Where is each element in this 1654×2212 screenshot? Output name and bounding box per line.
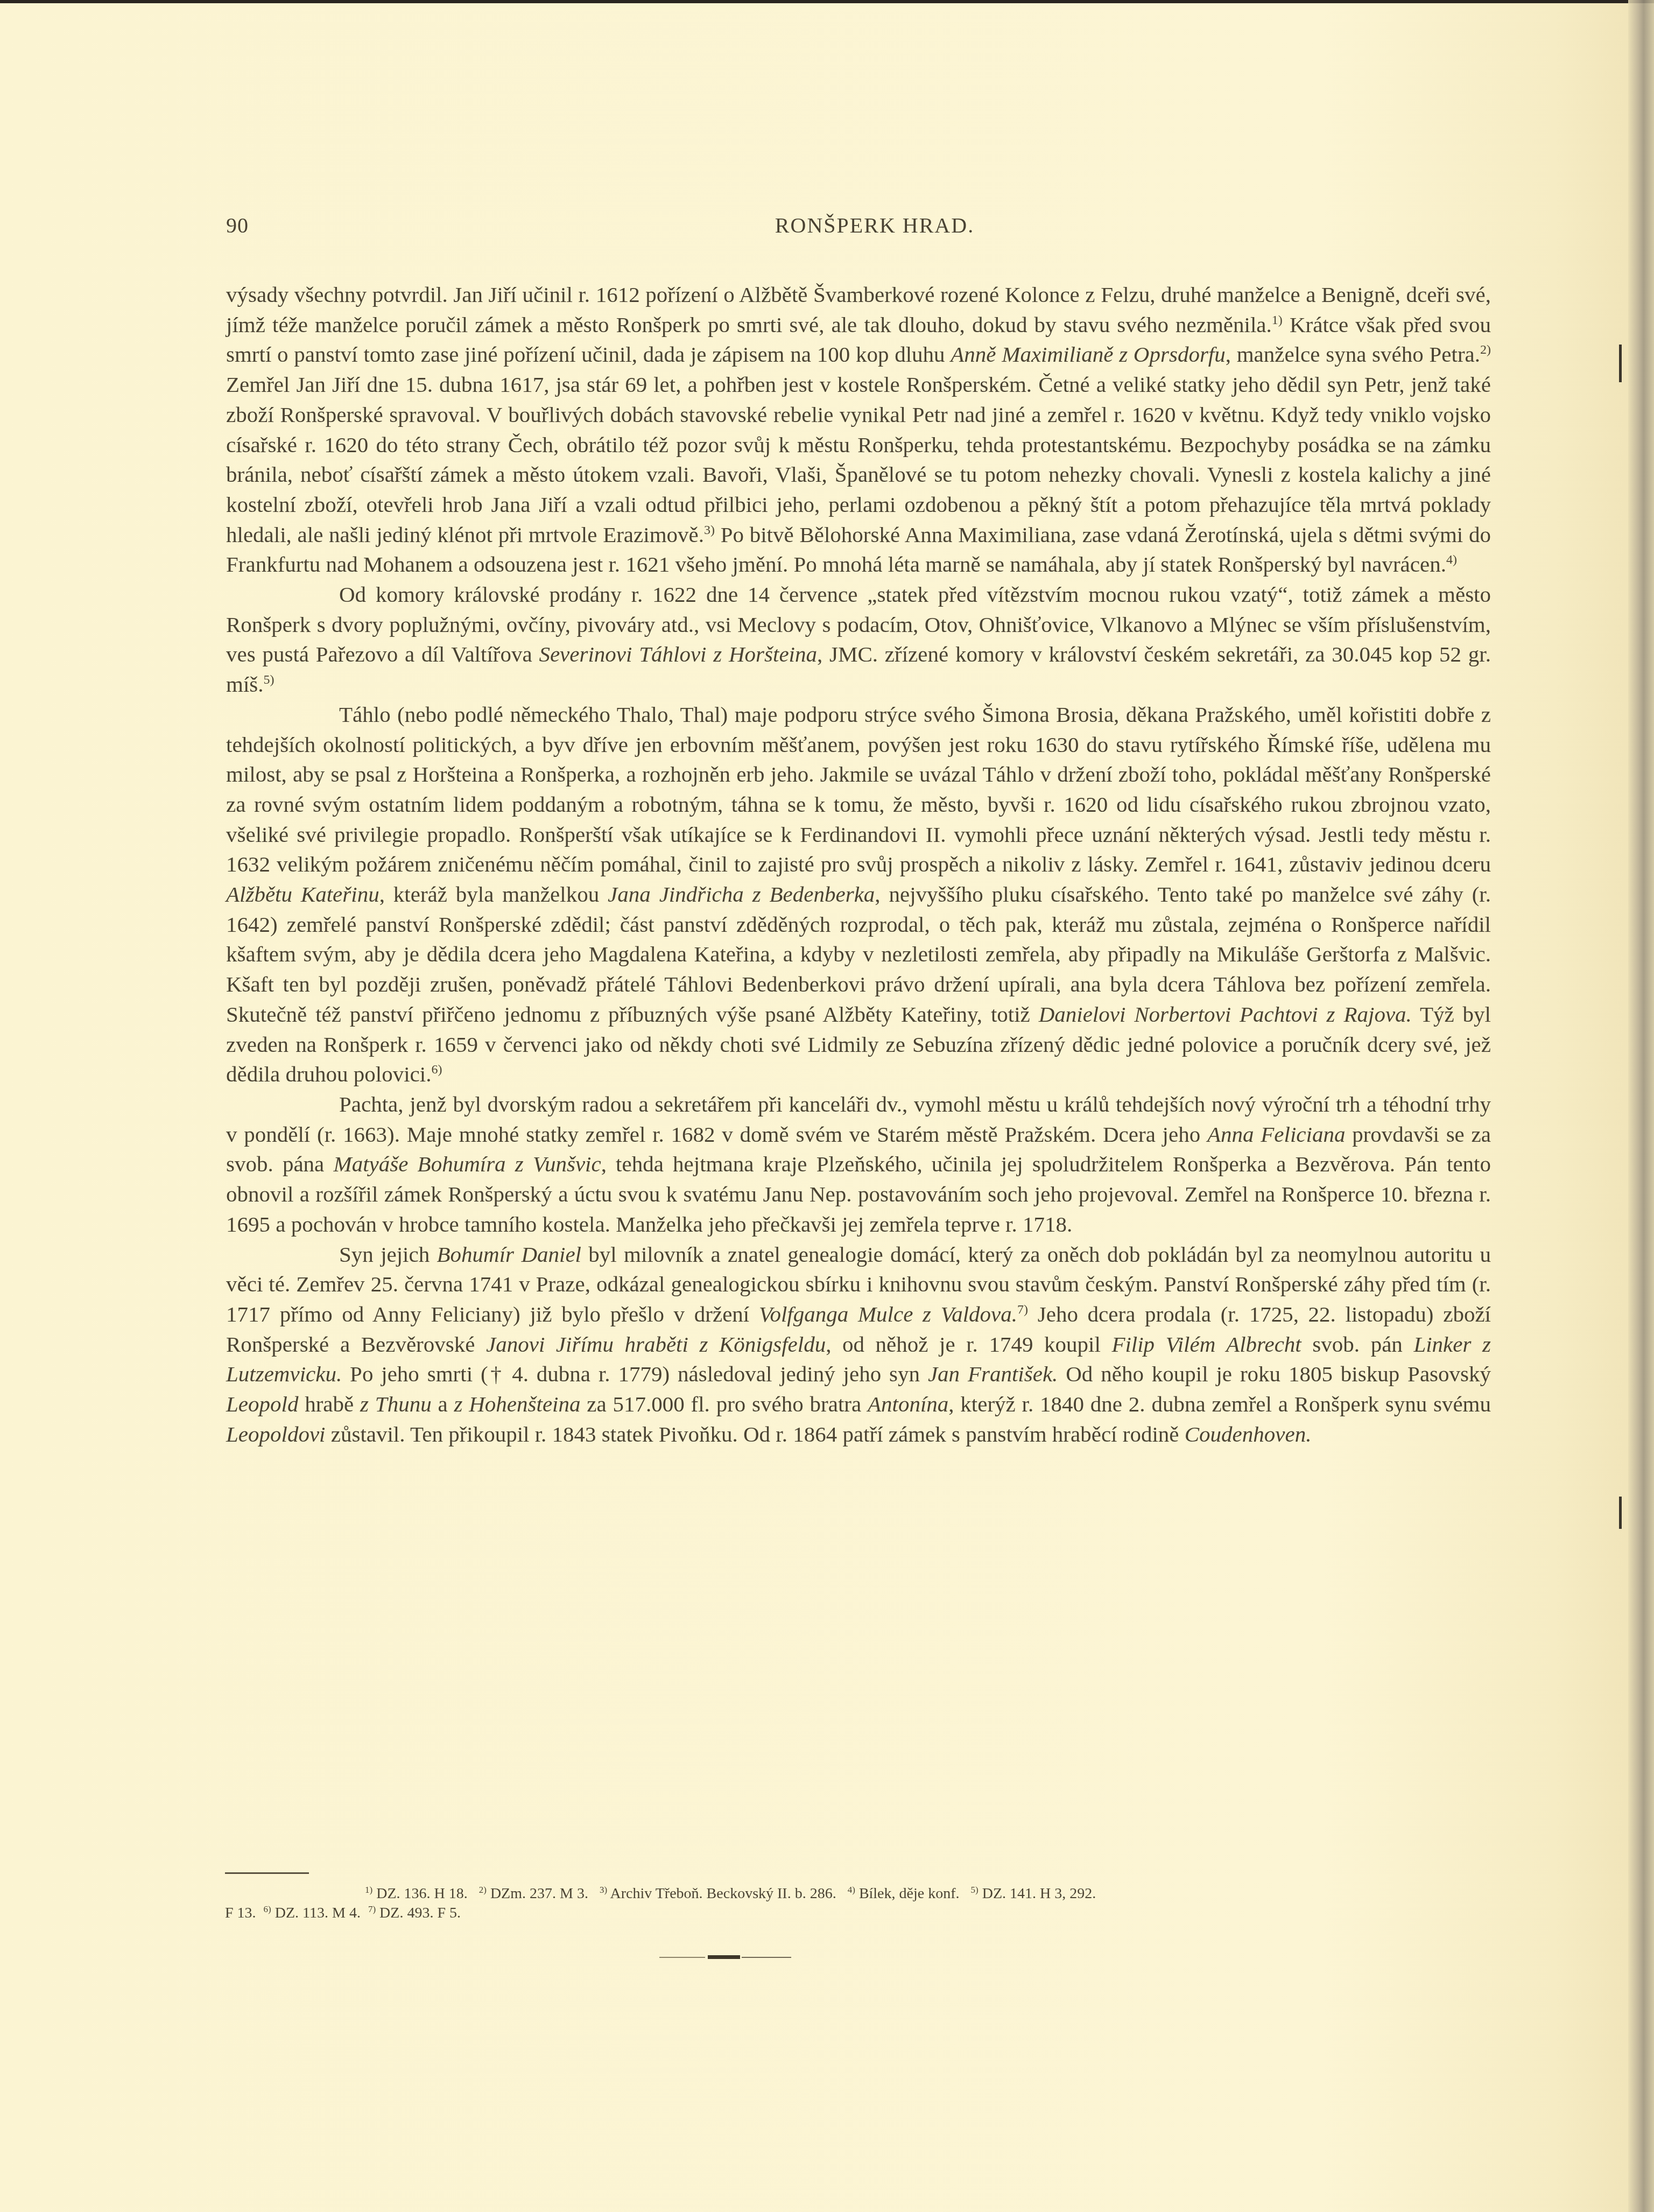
footnote-line: 1) DZ. 136. H 18. 2) DZm. 237. M 3. 3) A…: [225, 1884, 1490, 1904]
text-run: Od něho koupil je roku 1805 biskup Pasov…: [1058, 1361, 1491, 1386]
text-run: Zemřel Jan Jiří dne 15. dubna 1617, jsa …: [226, 372, 1491, 547]
text-run: zůstavil. Ten přikoupil r. 1843 statek P…: [325, 1422, 1184, 1446]
italic-name: Leopold: [226, 1392, 298, 1416]
text-run: a: [432, 1392, 454, 1416]
footnote-rule: [225, 1872, 309, 1874]
italic-name: Filip Vilém Albrecht: [1111, 1332, 1301, 1357]
footnote-ref: 4): [1446, 553, 1457, 567]
footnote-text: DZ. 493. F 5.: [376, 1905, 461, 1921]
footnote-text: DZ. 141. H 3, 292.: [979, 1885, 1096, 1902]
footnote-mark: 6): [264, 1904, 271, 1914]
italic-name: Volfganga Mulce z Valdova.: [759, 1302, 1017, 1326]
text-run: , kteráž byla manželkou: [379, 882, 608, 907]
footnote-mark: 2): [479, 1885, 487, 1895]
italic-name: z Thunu: [360, 1392, 432, 1416]
footnote-mark: 5): [971, 1885, 979, 1895]
paragraph: Syn jejich Bohumír Daniel byl milovník a…: [226, 1240, 1491, 1450]
italic-name: z Hohenšteina: [454, 1392, 580, 1416]
page-binding-edge: [1628, 0, 1654, 2212]
text-run: hrabě: [298, 1392, 360, 1416]
italic-name: Alžbětu Kateřinu: [226, 882, 379, 907]
binding-mark: [1619, 1497, 1622, 1529]
end-ornament-rule: [659, 1955, 791, 1960]
italic-name: Jana Jindřicha z Bedenberka: [608, 882, 875, 907]
paragraph: Pachta, jenž byl dvorským radou a sekret…: [226, 1090, 1491, 1240]
italic-name: Leopoldovi: [226, 1422, 325, 1446]
text-run: Táhlo (nebo podlé německého Thalo, Thal)…: [226, 702, 1491, 877]
footnote-mark: 7): [368, 1904, 376, 1914]
text-run: Po jeho smrti († 4. dubna r. 1779) násle…: [342, 1361, 928, 1386]
footnote-ref: 6): [431, 1063, 442, 1077]
body-text: výsady všechny potvrdil. Jan Jiří učinil…: [226, 280, 1491, 1449]
italic-name: Coudenhoven.: [1185, 1422, 1312, 1446]
italic-name: Danielovi Norbertovi Pachtovi z Rajova.: [1039, 1002, 1412, 1027]
footnote-text: DZ. 136. H 18.: [372, 1885, 479, 1902]
scanned-book-page: 90 RONŠPERK HRAD. výsady všechny potvrdi…: [0, 0, 1654, 2212]
paragraph: Táhlo (nebo podlé německého Thalo, Thal)…: [226, 700, 1491, 1090]
footnote-mark: 1): [365, 1885, 372, 1895]
text-run: svob. pán: [1301, 1332, 1414, 1357]
text-run: , kterýž r. 1840 dne 2. dubna zemřel a R…: [948, 1392, 1491, 1416]
text-run: Syn jejich: [339, 1242, 437, 1267]
footnote-mark: 4): [848, 1885, 855, 1895]
footnote-ref: 5): [264, 673, 275, 687]
footnote-text: Bílek, děje konf.: [855, 1885, 971, 1902]
italic-name: Janovi Jiřímu hraběti z Königsfeldu: [486, 1332, 826, 1357]
footnote-mark: 3): [600, 1885, 607, 1895]
text-run: , od něhož je r. 1749 koupil: [826, 1332, 1111, 1357]
footnote-ref: 7): [1017, 1303, 1028, 1317]
footnote-text: DZm. 237. M 3.: [487, 1885, 600, 1902]
italic-name: Bohumír Daniel: [437, 1242, 581, 1267]
footnote-text: Archiv Třeboň. Beckovský II. b. 286.: [607, 1885, 848, 1902]
running-title: RONŠPERK HRAD.: [226, 213, 1491, 238]
binding-mark: [1619, 345, 1622, 382]
italic-name: Jan František.: [928, 1361, 1058, 1386]
footnote-text: DZ. 113. M 4.: [271, 1905, 368, 1921]
text-run: , manželce syna svého Petra.: [1226, 342, 1480, 367]
paragraph: Od komory královské prodány r. 1622 dne …: [226, 580, 1491, 700]
italic-name: Anně Maximilianě z Oprsdorfu: [951, 342, 1225, 367]
italic-name: Severinovi Táhlovi z Horšteina: [539, 642, 817, 666]
page-header: 90 RONŠPERK HRAD.: [226, 213, 1491, 245]
footnote-ref: 1): [1272, 313, 1283, 327]
italic-name: Matyáše Bohumíra z Vunšvic: [334, 1151, 601, 1176]
text-run: za 517.000 fl. pro svého bratra: [580, 1392, 867, 1416]
footnote-ref: 2): [1480, 343, 1491, 357]
footnote-text: F 13.: [225, 1905, 264, 1921]
footnotes: 1) DZ. 136. H 18. 2) DZm. 237. M 3. 3) A…: [225, 1884, 1490, 1923]
italic-name: Antonína: [868, 1392, 948, 1416]
paragraph: výsady všechny potvrdil. Jan Jiří učinil…: [226, 280, 1491, 580]
scan-top-edge: [0, 0, 1654, 3]
italic-name: Anna Feliciana: [1207, 1122, 1345, 1147]
footnote-line: F 13. 6) DZ. 113. M 4. 7) DZ. 493. F 5.: [225, 1904, 1490, 1923]
footnote-ref: 3): [704, 523, 715, 537]
